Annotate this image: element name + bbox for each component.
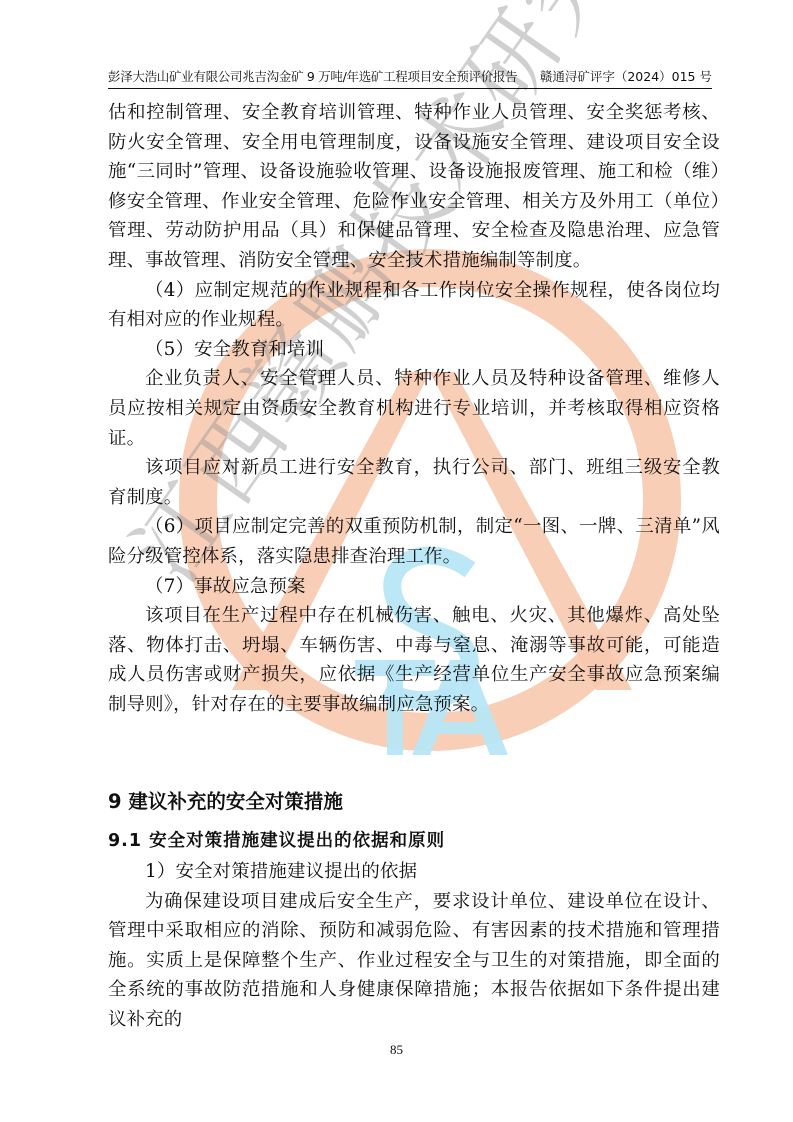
paragraph-training: 企业负责人、安全管理人员、特种作业人员及特种设备管理、维修人员应按相关规定由资质… bbox=[108, 364, 720, 453]
page-header: 彭泽大浩山矿业有限公司兆吉沟金矿 9 万吨/年选矿工程项目安全预评价报告 赣通浔… bbox=[108, 66, 712, 89]
paragraph-management-systems: 估和控制管理、安全教育培训管理、特种作业人员管理、安全奖惩考核、防火安全管理、安… bbox=[108, 98, 720, 276]
document-number: 赣通浔矿评字（2024）015 号 bbox=[540, 66, 712, 88]
paragraph-item-5-title: （5）安全教育和培训 bbox=[108, 335, 720, 365]
paragraph-basis: 为确保建设项目建成后安全生产，要求设计单位、建设单位在设计、管理中采取相应的消除… bbox=[108, 887, 720, 1035]
paragraph-item-6: （6）项目应制定完善的双重预防机制，制定“一图、一牌、三清单”风险分级管控体系，… bbox=[108, 512, 720, 571]
report-title: 彭泽大浩山矿业有限公司兆吉沟金矿 9 万吨/年选矿工程项目安全预评价报告 bbox=[108, 66, 517, 88]
section-content: 1）安全对策措施建议提出的依据 为确保建设项目建成后安全生产，要求设计单位、建设… bbox=[108, 857, 720, 1035]
paragraph-item-4: （4）应制定规范的作业规程和各工作岗位安全操作规程，使各岗位均有相对应的作业规程… bbox=[108, 276, 720, 335]
subsection-heading: 9.1 安全对策措施建议提出的依据和原则 bbox=[108, 827, 445, 852]
section-heading: 9 建议补充的安全对策措施 bbox=[108, 786, 343, 814]
body-content: 估和控制管理、安全教育培训管理、特种作业人员管理、安全奖惩考核、防火安全管理、安… bbox=[108, 98, 720, 719]
paragraph-item-7-title: （7）事故应急预案 bbox=[108, 572, 720, 602]
page-number: 85 bbox=[0, 1042, 793, 1058]
paragraph-new-staff-education: 该项目应对新员工进行安全教育，执行公司、部门、班组三级安全教育制度。 bbox=[108, 453, 720, 512]
document-page: 江西赣鹏技术研究有限公司 彭泽大浩山矿业有限公司兆吉沟金矿 9 万吨/年选矿工程… bbox=[0, 0, 793, 1122]
item-label: 1）安全对策措施建议提出的依据 bbox=[108, 857, 720, 887]
paragraph-emergency-plan: 该项目在生产过程中存在机械伤害、触电、火灾、其他爆炸、高处坠落、物体打击、坍塌、… bbox=[108, 601, 720, 719]
